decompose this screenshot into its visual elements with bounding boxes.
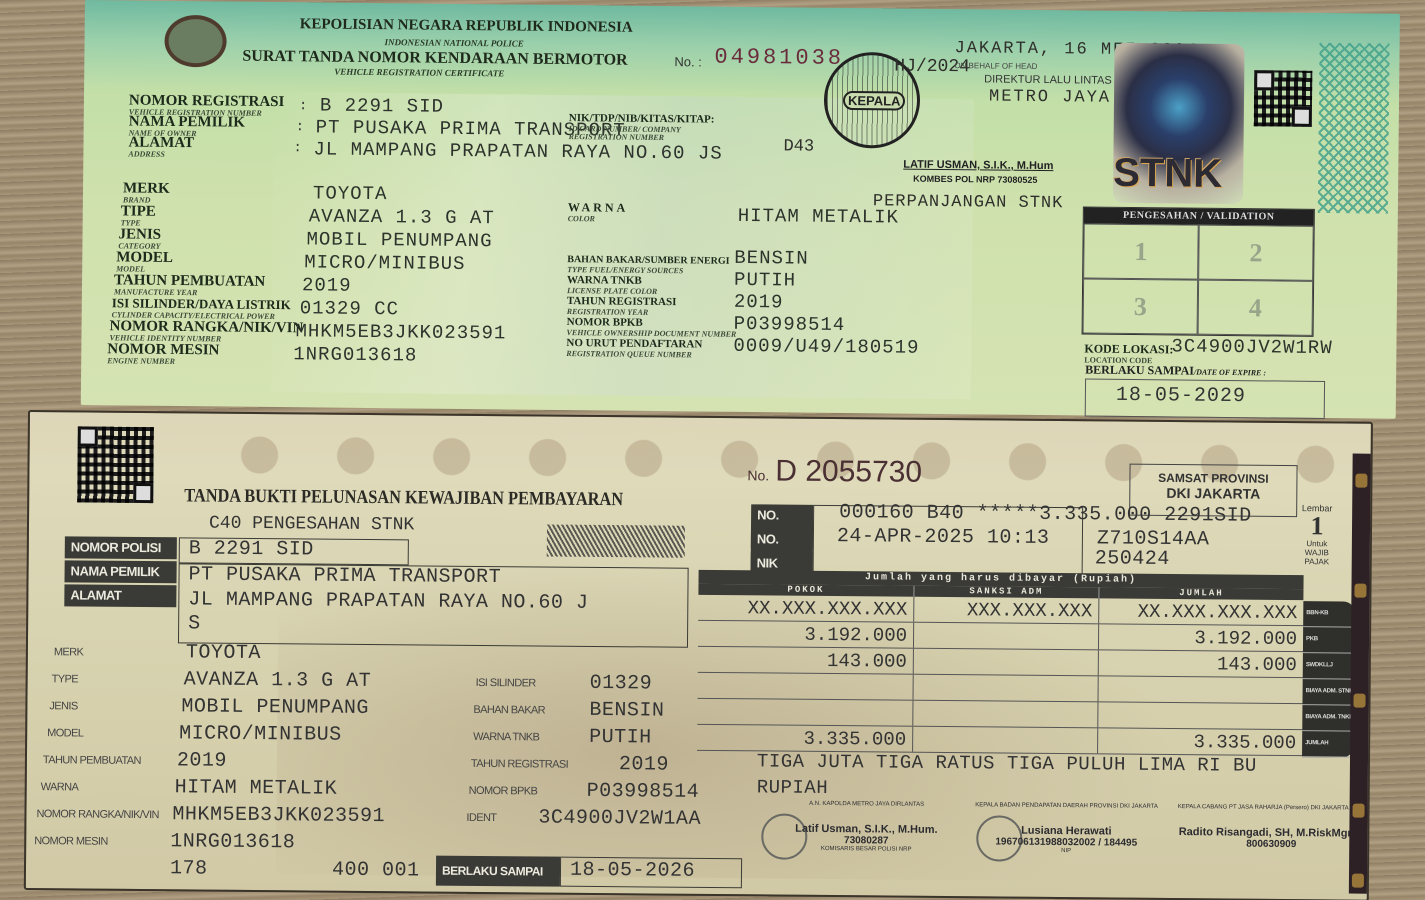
receipt-serial: No.D 2055730 [747, 454, 922, 490]
payment-cell-pokok: 3.192.000 [698, 621, 913, 648]
label-no-urut: NO URUT PENDAFTARANREGISTRATION QUEUE NU… [566, 334, 702, 359]
institution-name-en: INDONESIAN NATIONAL POLICE [385, 37, 524, 48]
validation-box: PENGESAHAN / VALIDATION 1 2 3 4 [1082, 206, 1315, 336]
value-nama-pemilik: PT PUSAKA PRIMA TRANSPORT [188, 563, 501, 589]
valid-until-value: 18-05-2026 [570, 859, 695, 883]
security-strip [1349, 454, 1371, 894]
code-d43: D43 [783, 137, 814, 156]
expiry-label: BERLAKU SAMPAI/DATE OF EXPIRE : [1085, 362, 1266, 379]
director-label: DIREKTUR LALU LINTAS [984, 73, 1112, 86]
value-nomor-rangka: MHKM5EB3JKK023591 [172, 803, 385, 828]
value-merk: TOYOTA [313, 182, 388, 205]
value-ident: 3C4900JV2W1AA [538, 806, 701, 830]
value-warna: HITAM METALIK [738, 205, 899, 229]
payment-cell-sanksi [912, 701, 1097, 728]
payment-cell-jumlah: 3.192.000 [1098, 624, 1303, 651]
label-nomor-rangka: NOMOR RANGKA/NIK/VINVEHICLE IDENTITY NUM… [109, 318, 303, 344]
payment-cell-jumlah: 143.000 [1098, 650, 1303, 677]
serial-number: 04981038 [714, 45, 844, 71]
label-isi-silinder: ISI SILINDER/DAYA LISTRIKCYLINDER CAPACI… [112, 295, 291, 321]
payment-cell-pokok: XX.XXX.XXX.XXX [698, 595, 913, 622]
value-nomor-registrasi: B 2291 SID [320, 94, 444, 117]
value-jenis: MOBIL PENUMPANG [181, 695, 369, 720]
payment-cell-sanksi [913, 623, 1098, 650]
value-no-kohir: 24-APR-2025 10:13 [837, 525, 1050, 550]
value-alamat: JL MAMPANG PRAPATAN RAYA NO.60 JS [313, 138, 722, 164]
label-bahan-bakar: BAHAN BAKAR [473, 704, 545, 717]
code-b: 400 001 [332, 859, 420, 883]
security-pattern [1318, 43, 1390, 214]
label-tipe: TIPETYPE [121, 203, 156, 227]
validation-cell-1: 1 [1083, 223, 1199, 279]
payment-row-tab: SWDKLLJ [1303, 653, 1355, 679]
label-jenis: JENIS [49, 700, 77, 712]
payment-row-tab: BBN-KB [1303, 601, 1355, 627]
label-isi-silinder: ISI SILINDER [476, 677, 536, 690]
validation-cell-2: 2 [1198, 225, 1314, 281]
value-warna-tnkb: PUTIH [589, 726, 652, 750]
label-warna-tnkb: WARNA TNKB [473, 731, 539, 744]
payment-cell-sanksi: XXX.XXX.XXX [913, 597, 1098, 624]
payment-cell-jumlah: XX.XXX.XXX.XXX [1098, 598, 1303, 625]
label-nama-pemilik: NAMA PEMILIK [64, 560, 176, 583]
label-nomor-polisi: NOMOR POLISI [65, 536, 177, 559]
label-nik: NIK/TDP/NIB/KITAS/KITAP:ID CARD NUMBER/ … [569, 109, 719, 143]
qr-code-icon [1254, 70, 1313, 127]
label-jenis: JENISCATEGORY [118, 226, 161, 250]
payment-table: Jumlah yang harus dibayar (Rupiah) POKOK… [697, 570, 1304, 756]
official-rank: KOMBES POL NRP 73080525 [913, 174, 1037, 185]
validation-cell-4: 4 [1198, 280, 1314, 336]
value-nomor-mesin: 1NRG013618 [170, 830, 295, 854]
expiry-value: 18-05-2029 [1085, 378, 1325, 419]
receipt-title: TANDA BUKTI PELUNASAN KEWAJIBAN PEMBAYAR… [184, 485, 623, 511]
payment-cell-pokok [697, 699, 912, 726]
label-ident: IDENT [466, 812, 496, 824]
label-tahun-pembuatan: TAHUN PEMBUATAN [43, 754, 141, 767]
value-no-urut: 000160 B40 *****3.335.000 2291SID [839, 501, 1252, 528]
official-name: LATIF USMAN, S.I.K., M.Hum [903, 159, 1053, 173]
value-alamat: JL MAMPANG PRAPATAN RAYA NO.60 J [188, 588, 588, 614]
label-model: MODELMODEL [116, 249, 173, 274]
document-title: SURAT TANDA NOMOR KENDARAAN BERMOTOR [242, 48, 627, 70]
payment-row-tab: BIAYA ADM. STNK [1302, 679, 1354, 705]
label-model: MODEL [47, 727, 83, 739]
payment-cell-jumlah [1097, 702, 1302, 729]
amount-in-words: TIGA JUTA TIGA RATUS TIGA PULUH LIMA RI … [757, 748, 1317, 805]
value-model: MICRO/MINIBUS [304, 251, 465, 275]
value-tahun-registrasi: 2019 [734, 291, 784, 314]
value-jenis: MOBIL PENUMPANG [306, 228, 492, 252]
label-tahun-pembuatan: TAHUN PEMBUATANMANUFACTURE YEAR [114, 272, 265, 298]
stnk-certificate: KEPOLISIAN NEGARA REPUBLIK INDONESIA IND… [81, 0, 1400, 419]
police-crest-icon [164, 15, 227, 68]
on-behalf-label: ON BEHALF OF HEAD [954, 61, 1037, 71]
label-nomor-rangka: NOMOR RANGKA/NIK/VIN [36, 808, 159, 821]
validation-cell-3: 3 [1083, 278, 1199, 334]
sheet-indicator: Lembar 1 Untuk WAJIB PAJAK [1297, 503, 1338, 566]
value-alamat-cont: S [188, 612, 201, 635]
stamp-text: KEPALA [843, 91, 906, 111]
value-nomor-rangka: MHKM5EB3JKK023591 [295, 320, 506, 344]
signatory-2: KEPALA BADAN PENDAPATAN DAERAH PROVINSI … [946, 802, 1186, 855]
payment-cell-sanksi [913, 649, 1098, 676]
label-nomor-bpkb: NOMOR BPKB [469, 785, 538, 798]
security-hatch [547, 525, 685, 558]
value-bahan-bakar: BENSIN [734, 247, 809, 270]
value-tahun-pembuatan: 2019 [302, 274, 352, 297]
value-nomor-polisi: B 2291 SID [189, 537, 314, 561]
value-warna-tnkb: PUTIH [734, 269, 796, 292]
value-nomor-mesin: 1NRG013618 [293, 343, 417, 366]
value-isi-silinder: 01329 CC [300, 297, 399, 320]
value-warna: HITAM METALIK [175, 776, 338, 800]
value-bahan-bakar: BENSIN [589, 699, 664, 723]
receipt-qr-code-icon [77, 426, 154, 503]
signatory-1: A.N. KAPOLDA METRO JAYA DIRLANTAS Latif … [766, 800, 966, 853]
payment-row-tabs: BBN-KBPKBSWDKLLJBIAYA ADM. STNKBIAYA ADM… [1302, 601, 1355, 757]
payment-row-tab: PKB [1303, 627, 1355, 653]
serial-label: No. : [674, 54, 702, 69]
label-alamat: ALAMAT [64, 584, 176, 607]
payment-row-tab: BIAYA ADM. TNKB [1302, 705, 1354, 731]
label-nomor-mesin: NOMOR MESIN [34, 835, 108, 848]
samsat-line1: SAMSAT PROVINSI [1130, 471, 1296, 486]
label-merk: MERK [54, 646, 83, 658]
value-nomor-bpkb: P03998514 [587, 780, 700, 804]
valid-until-label: BERLAKU SAMPAI [436, 856, 560, 887]
signatory-3: KEPALA CABANG PT JASA RAHARJA (Persero) … [1171, 804, 1371, 851]
label-warna: WARNACOLOR [568, 199, 629, 224]
value-tahun-pembuatan: 2019 [177, 749, 227, 772]
value-type: AVANZA 1.3 G AT [184, 668, 372, 693]
value-nik-extra: 250424 [1095, 547, 1170, 571]
code-a: 178 [170, 857, 208, 880]
payment-cell-sanksi [913, 675, 1098, 702]
payment-cell-pokok: 3.335.000 [697, 725, 912, 752]
label-merk: MERKBRAND [123, 180, 170, 204]
label-warna: WARNA [41, 781, 79, 793]
value-tahun-registrasi: 2019 [619, 753, 669, 776]
value-nomor-bpkb: P03998514 [734, 313, 846, 336]
value-merk: TOYOTA [186, 641, 261, 665]
payment-cell-jumlah [1097, 676, 1302, 703]
label-tahun-registrasi: TAHUN REGISTRASI [471, 758, 568, 771]
stnk-badge-text: STNK [1113, 151, 1222, 197]
payment-cell-pokok: 143.000 [698, 647, 913, 674]
label-nomor-mesin: NOMOR MESINENGINE NUMBER [107, 341, 219, 366]
payment-cell-pokok [698, 673, 913, 700]
label-alamat: ALAMATADDRESS [128, 134, 194, 159]
receipt-subtitle: C40 PENGESAHAN STNK [209, 514, 414, 536]
value-isi-silinder: 01329 [590, 672, 653, 696]
institution-name: KEPOLISIAN NEGARA REPUBLIK INDONESIA [300, 16, 633, 36]
document-title-en: VEHICLE REGISTRATION CERTIFICATE [334, 67, 504, 79]
payment-receipt: TANDA BUKTI PELUNASAN KEWAJIBAN PEMBAYAR… [24, 410, 1373, 900]
samsat-line2: DKI JAKARTA [1130, 485, 1296, 502]
region-label: METRO JAYA [989, 87, 1111, 107]
label-type: TYPE [52, 673, 78, 685]
value-model: MICRO/MINIBUS [179, 722, 342, 746]
extension-note: PERPANJANGAN STNK [873, 192, 1064, 213]
value-no-urut: 0009/U49/180519 [733, 335, 919, 359]
value-tipe: AVANZA 1.3 G AT [309, 205, 495, 229]
location-code-value: 3C4900JV2W1RW [1171, 335, 1332, 359]
